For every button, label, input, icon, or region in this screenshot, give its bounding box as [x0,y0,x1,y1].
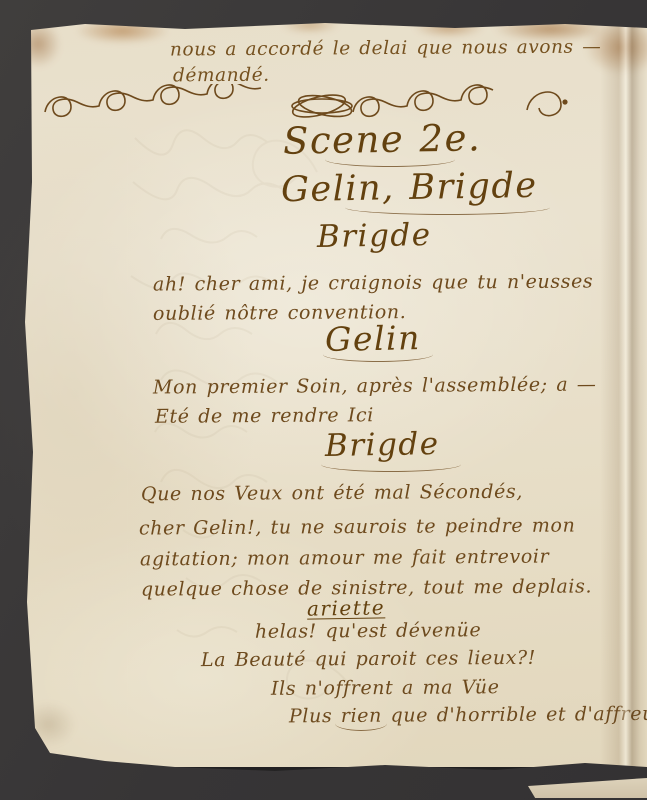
scene-characters: Gelin, Brigde [281,166,538,210]
speech-line: agitation; mon amour me fait entrevoir [140,546,549,571]
speech-line: Mon premier Soin, après l'assemblée; a — [153,373,597,398]
foxing-stain [413,18,485,38]
speaker-heading: Gelin [325,318,421,359]
speaker-heading: Brigde [325,426,440,464]
speech-line: Eté de me rendre Ici [155,404,374,428]
speaker-heading: Brigde [317,217,432,255]
ariette-heading: ariette [307,595,386,620]
speaker-underline [321,463,461,472]
verse-line: La Beauté qui paroit ces lieux?! [201,647,536,671]
foxing-stain [21,702,76,747]
speech-line: ah! cher ami, je craignois que tu n'euss… [153,270,593,295]
foxing-stain [75,18,170,44]
verse-line: Plus rien que d'horrible et d'affreux. [289,703,647,728]
speech-line: Que nos Veux ont été mal Sécondés, [141,481,523,506]
manuscript-page: nous a accordé le delai que nous avons —… [25,22,647,767]
foxing-stain [280,16,340,34]
speech-line: cher Gelin!, tu ne saurois te peindre mo… [139,514,576,539]
verse-line: helas! qu'est dévenüe [255,619,481,643]
carryover-line-1: nous a accordé le delai que nous avons — [170,36,601,60]
scene-heading: Scene 2e. [283,116,482,162]
photo-backdrop: nous a accordé le delai que nous avons —… [0,0,647,800]
verse-line: Ils n'offrent a ma Vüe [271,676,500,700]
next-page-edge [528,778,647,798]
foxing-stain [15,20,61,68]
